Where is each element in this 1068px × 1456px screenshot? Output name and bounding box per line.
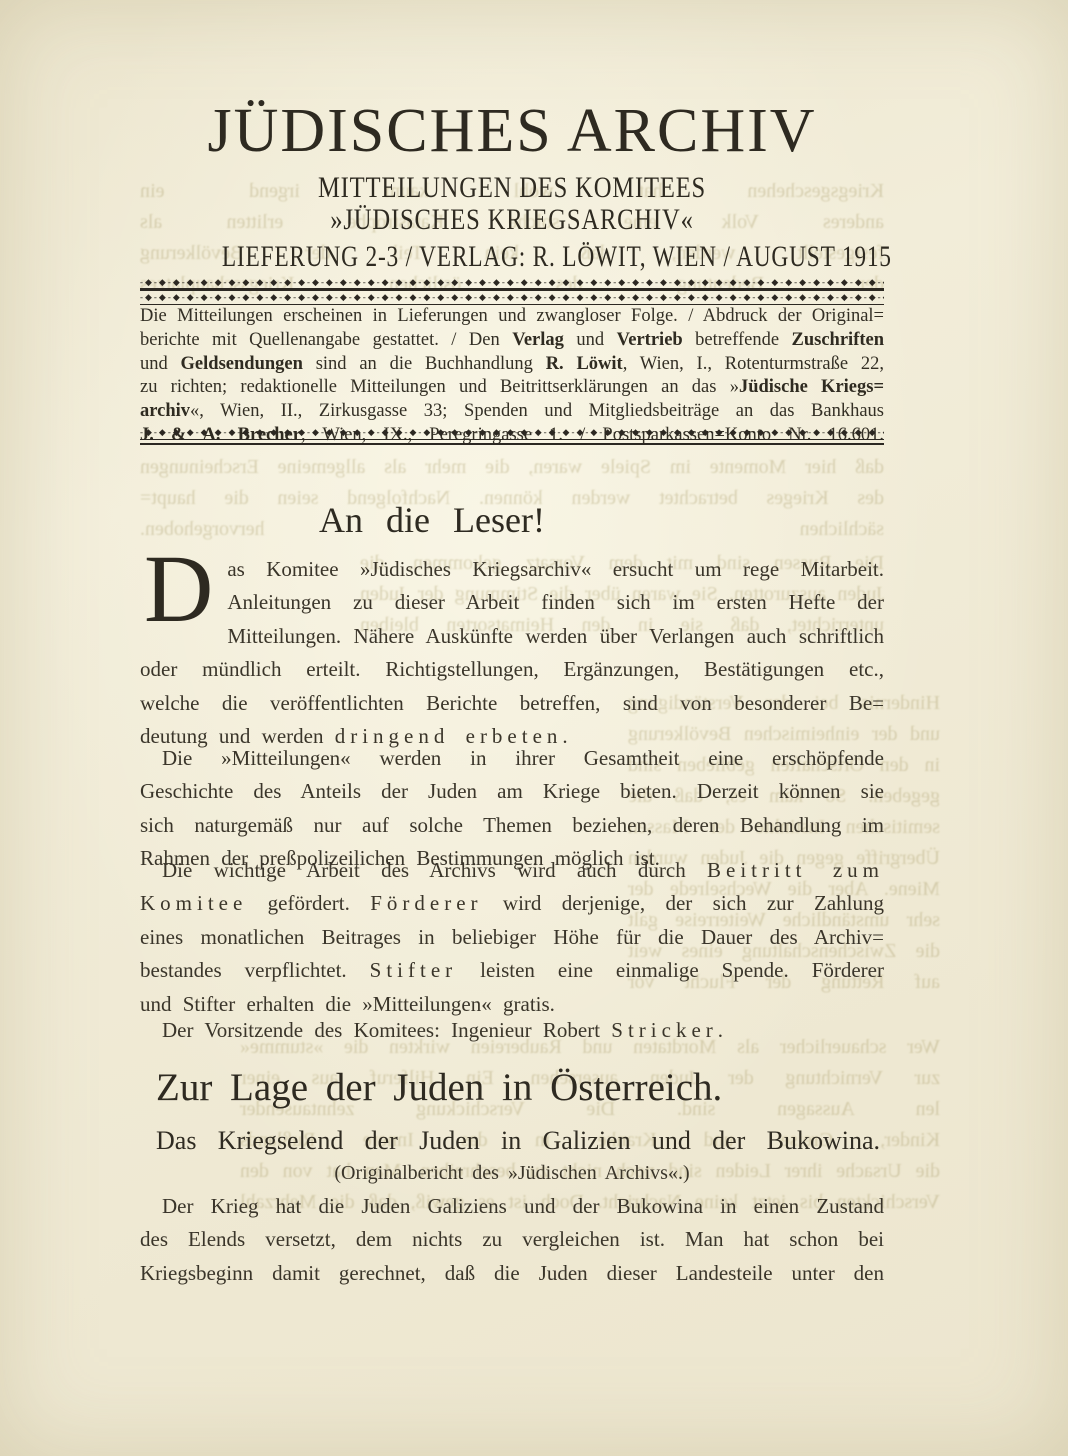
reader-paragraph-3: Die wichtige Arbeit des Archivs wird auc… bbox=[140, 854, 884, 1021]
masthead: JÜDISCHES ARCHIV MITTEILUNGEN DES KOMITE… bbox=[140, 98, 884, 273]
section-subheading: Das Kriegselend der Juden in Galizien un… bbox=[156, 1126, 880, 1156]
imprint-notice: Die Mitteilungen erscheinen in Lieferung… bbox=[140, 305, 884, 448]
scanned-page: Kriegsgeschehen hat wohl kaum irgend ein… bbox=[0, 0, 1068, 1456]
page-content: JÜDISCHES ARCHIV MITTEILUNGEN DES KOMITE… bbox=[0, 0, 1068, 1456]
masthead-subtitle-1: MITTEILUNGEN DES KOMITEES bbox=[207, 172, 817, 204]
issue-imprint-line: LIEFERUNG 2-3 / VERLAG: R. LÖWIT, WIEN /… bbox=[222, 241, 802, 273]
section-heading: Zur Lage der Juden in Österreich. bbox=[156, 1066, 722, 1110]
drop-cap: D bbox=[140, 553, 227, 623]
report-paragraph-1: Der Krieg hat die Juden Galiziens und de… bbox=[140, 1190, 884, 1290]
rule-line bbox=[140, 288, 884, 291]
masthead-subtitle-2: »JÜDISCHES KRIEGSARCHIV« bbox=[207, 204, 817, 236]
ornamental-rule-bottom: -◆-◆-◆-◆-◆-◆-◆-◆-◆-◆-◆-◆-◆-◆-◆-◆-◆-◆-◆-◆… bbox=[140, 428, 884, 445]
journal-title: JÜDISCHES ARCHIV bbox=[140, 98, 884, 164]
reader-paragraph-1: D as Komitee »Jüdisches Kriegsarchiv« er… bbox=[140, 553, 884, 753]
ornament-row: -◆-◆-◆-◆-◆-◆-◆-◆-◆-◆-◆-◆-◆-◆-◆-◆-◆-◆-◆-◆… bbox=[140, 428, 884, 437]
ornament-row: -◆-◆-◆-◆-◆-◆-◆-◆-◆-◆-◆-◆-◆-◆-◆-◆-◆-◆-◆-◆… bbox=[140, 293, 884, 302]
source-note: (Originalbericht des »Jüdischen Archivs«… bbox=[140, 1161, 884, 1185]
ornamental-rule-top: -◆-◆-◆-◆-◆-◆-◆-◆-◆-◆-◆-◆-◆-◆-◆-◆-◆-◆-◆-◆… bbox=[140, 278, 884, 305]
reader-address-heading: An die Leser! bbox=[140, 500, 884, 540]
rule-line bbox=[140, 439, 884, 445]
chairman-signature-line: Der Vorsitzende des Komitees: Ingenieur … bbox=[140, 1014, 884, 1047]
ornament-row: -◆-◆-◆-◆-◆-◆-◆-◆-◆-◆-◆-◆-◆-◆-◆-◆-◆-◆-◆-◆… bbox=[140, 278, 884, 287]
